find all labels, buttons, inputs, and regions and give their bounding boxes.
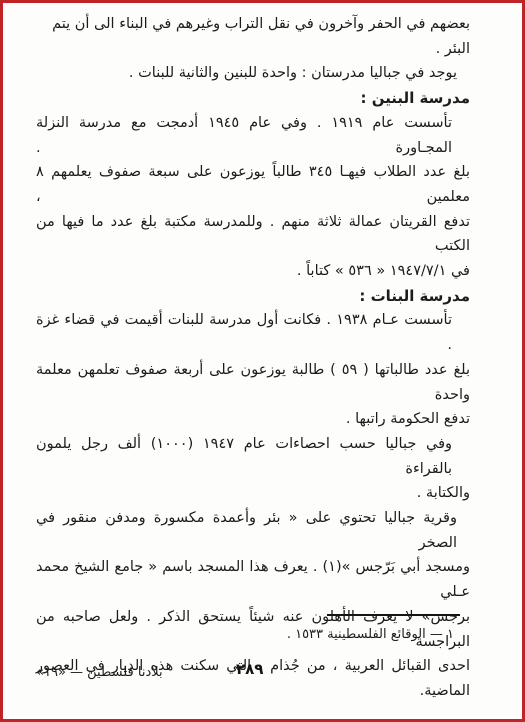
heading-boys-school: مدرسة البنين :	[36, 86, 470, 111]
heading-girls-school: مدرسة البنات :	[36, 284, 470, 309]
body-line: وقرية جباليا تحتوي على « بئر وأعمدة مكسو…	[36, 506, 470, 555]
scanned-book-page: بعضهم في الحفر وآخرون في نقل التراب وغير…	[0, 0, 525, 722]
body-line: وفي جباليا حسب احصاءات عام ١٩٤٧ (١٠٠٠) أ…	[36, 432, 470, 481]
page-body-text: بعضهم في الحفر وآخرون في نقل التراب وغير…	[36, 12, 470, 704]
body-line: تأسست عـام ١٩٣٨ . فكانت أول مدرسة للبنات…	[36, 308, 470, 357]
body-line: تدفع القريتان عمالة ثلاثة منهم . وللمدرس…	[36, 210, 470, 259]
body-line: بلغ عدد طالباتها ( ٥٩ ) طالبة يوزعون على…	[36, 358, 470, 407]
body-line: في ١٩٤٧/٧/١ « ٥٣٦ » كتاباً .	[36, 259, 470, 284]
body-line: والكتابة .	[36, 481, 470, 506]
body-line: بلغ عدد الطلاب فيهـا ٣٤٥ طالباً يوزعون ع…	[36, 160, 470, 209]
body-line: تدفع الحكومة راتبها .	[36, 407, 470, 432]
body-line: ومسجد أبي بَرّجس »(١) . يعرف هذا المسجد …	[36, 555, 470, 604]
footnote-separator-rule	[327, 614, 460, 616]
page-number: ٢٨٩	[236, 660, 263, 678]
body-line: تأسست عام ١٩١٩ . وفي عام ١٩٤٥ أدمجت مع م…	[36, 111, 470, 160]
body-line: يوجد في جباليا مدرستان : واحدة للبنين وا…	[36, 61, 470, 86]
body-line: بعضهم في الحفر وآخرون في نقل التراب وغير…	[36, 12, 470, 61]
footnote-reference: ١ — الوقائع الفلسطينية ١٥٣٣ .	[287, 625, 454, 645]
footer-book-title: بلادنا فلسطين — «١٩»	[36, 663, 164, 683]
